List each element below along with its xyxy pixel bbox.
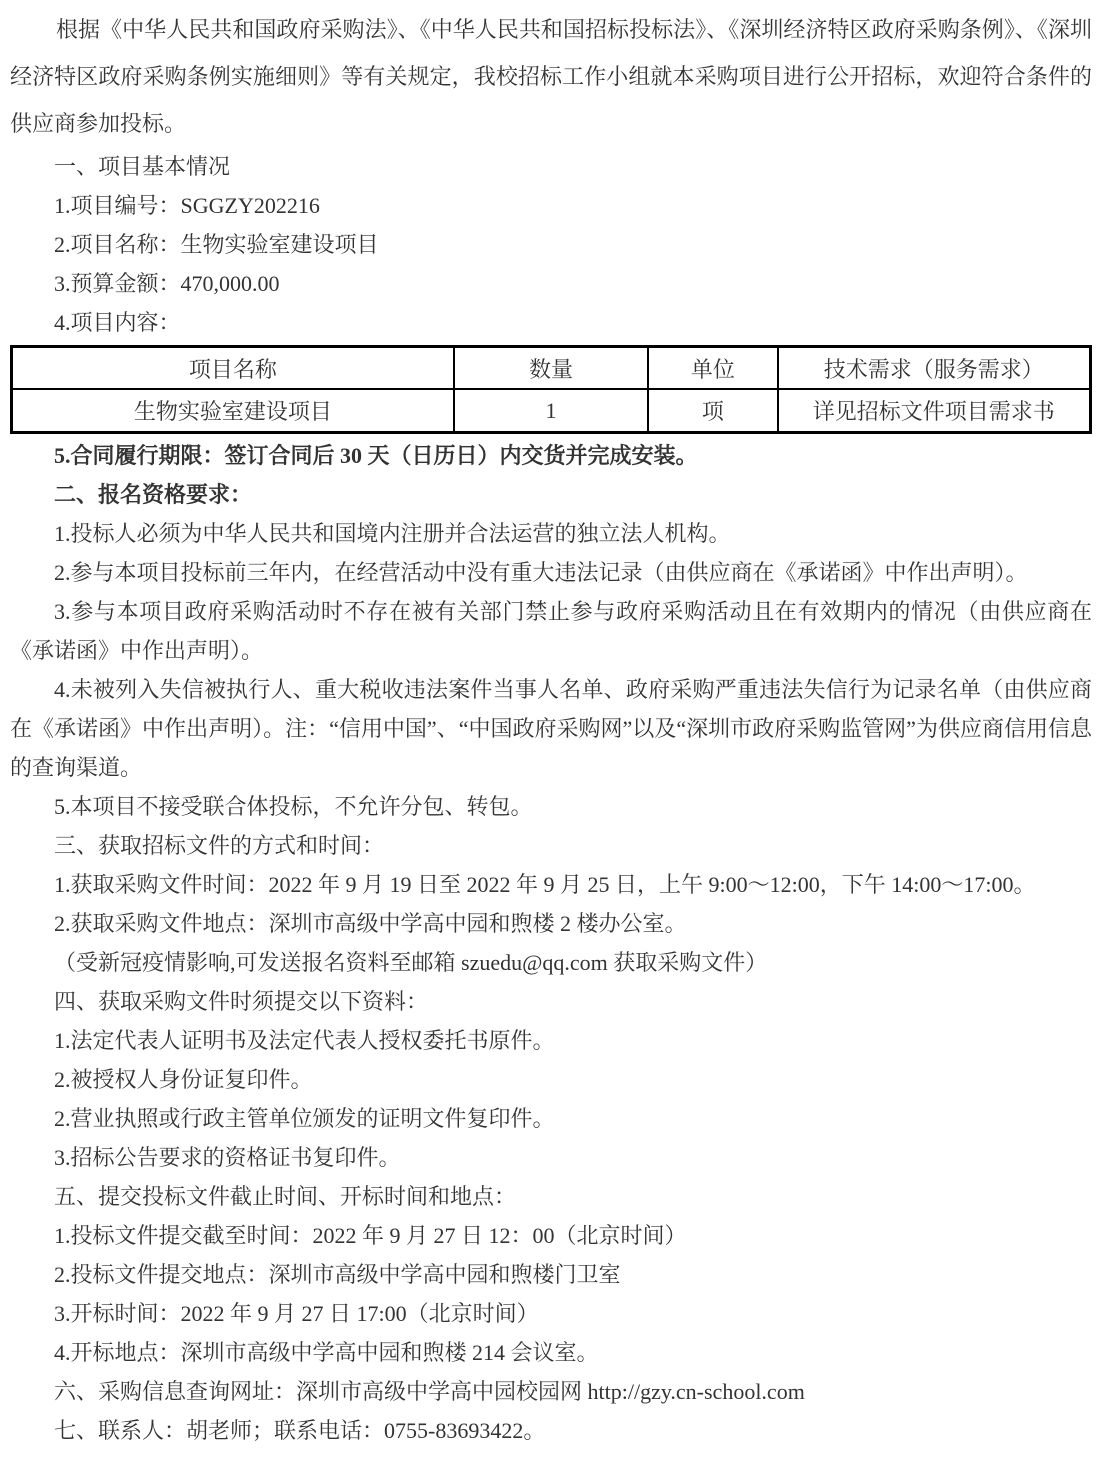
- table-header-quantity: 数量: [454, 347, 648, 390]
- item-qualification-4: 4.未被列入失信被执行人、重大税收违法案件当事人名单、政府采购严重违法失信行为记…: [10, 670, 1092, 787]
- heading-section-6-info-website: 六、采购信息查询网址：深圳市高级中学高中园校园网 http://gzy.cn-s…: [10, 1372, 1092, 1411]
- item-obtain-time: 1.获取采购文件时间：2022 年 9 月 19 日至 2022 年 9 月 2…: [10, 865, 1092, 904]
- heading-section-1-basic-info: 一、项目基本情况: [10, 147, 1092, 186]
- heading-section-7-contact: 七、联系人：胡老师；联系电话：0755-83693422。: [10, 1411, 1092, 1450]
- cell-project-name: 生物实验室建设项目: [12, 389, 454, 433]
- item-material-3: 2.营业执照或行政主管单位颁发的证明文件复印件。: [10, 1099, 1092, 1138]
- item-covid-email-note: （受新冠疫情影响,可发送报名资料至邮箱 szuedu@qq.com 获取采购文件…: [10, 943, 1092, 982]
- intro-paragraph: 根据《中华人民共和国政府采购法》、《中华人民共和国招标投标法》、《深圳经济特区政…: [10, 6, 1092, 147]
- heading-section-5-deadline-opening: 五、提交投标文件截止时间、开标时间和地点：: [10, 1177, 1092, 1216]
- tender-notice-document: 根据《中华人民共和国政府采购法》、《中华人民共和国招标投标法》、《深圳经济特区政…: [0, 0, 1102, 1459]
- cell-unit: 项: [648, 389, 777, 433]
- item-budget-amount: 3.预算金额：470,000.00: [10, 264, 1092, 303]
- table-header-project-name: 项目名称: [12, 347, 454, 390]
- item-material-4: 3.招标公告要求的资格证书复印件。: [10, 1138, 1092, 1177]
- item-project-number: 1.项目编号：SGGZY202216: [10, 186, 1092, 225]
- item-qualification-3: 3.参与本项目政府采购活动时不存在被有关部门禁止参与政府采购活动且在有效期内的情…: [10, 592, 1092, 670]
- table-header-row: 项目名称 数量 单位 技术需求（服务需求）: [12, 347, 1091, 390]
- item-submission-location: 2.投标文件提交地点：深圳市高级中学高中园和煦楼门卫室: [10, 1255, 1092, 1294]
- item-contract-period: 5.合同履行期限：签订合同后 30 天（日历日）内交货并完成安装。: [10, 436, 1092, 475]
- item-qualification-5: 5.本项目不接受联合体投标，不允许分包、转包。: [10, 787, 1092, 826]
- item-opening-location: 4.开标地点：深圳市高级中学高中园和煦楼 214 会议室。: [10, 1333, 1092, 1372]
- cell-requirements: 详见招标文件项目需求书: [778, 389, 1091, 433]
- project-content-table: 项目名称 数量 单位 技术需求（服务需求） 生物实验室建设项目 1 项 详见招标…: [10, 345, 1092, 434]
- table-header-unit: 单位: [648, 347, 777, 390]
- table-header-requirements: 技术需求（服务需求）: [778, 347, 1091, 390]
- item-qualification-2: 2.参与本项目投标前三年内，在经营活动中没有重大违法记录（由供应商在《承诺函》中…: [10, 553, 1092, 592]
- heading-section-4-required-materials: 四、获取采购文件时须提交以下资料：: [10, 982, 1092, 1021]
- item-project-name: 2.项目名称：生物实验室建设项目: [10, 225, 1092, 264]
- table-row: 生物实验室建设项目 1 项 详见招标文件项目需求书: [12, 389, 1091, 433]
- item-opening-time: 3.开标时间：2022 年 9 月 27 日 17:00（北京时间）: [10, 1294, 1092, 1333]
- item-material-2: 2.被授权人身份证复印件。: [10, 1060, 1092, 1099]
- item-qualification-1: 1.投标人必须为中华人民共和国境内注册并合法运营的独立法人机构。: [10, 514, 1092, 553]
- item-material-1: 1.法定代表人证明书及法定代表人授权委托书原件。: [10, 1021, 1092, 1060]
- heading-section-3-obtain-documents: 三、获取招标文件的方式和时间：: [10, 826, 1092, 865]
- item-project-content-label: 4.项目内容：: [10, 303, 1092, 342]
- heading-section-2-qualification: 二、报名资格要求：: [10, 475, 1092, 514]
- item-obtain-location: 2.获取采购文件地点：深圳市高级中学高中园和煦楼 2 楼办公室。: [10, 904, 1092, 943]
- cell-quantity: 1: [454, 389, 648, 433]
- item-submission-deadline: 1.投标文件提交截至时间：2022 年 9 月 27 日 12：00（北京时间）: [10, 1216, 1092, 1255]
